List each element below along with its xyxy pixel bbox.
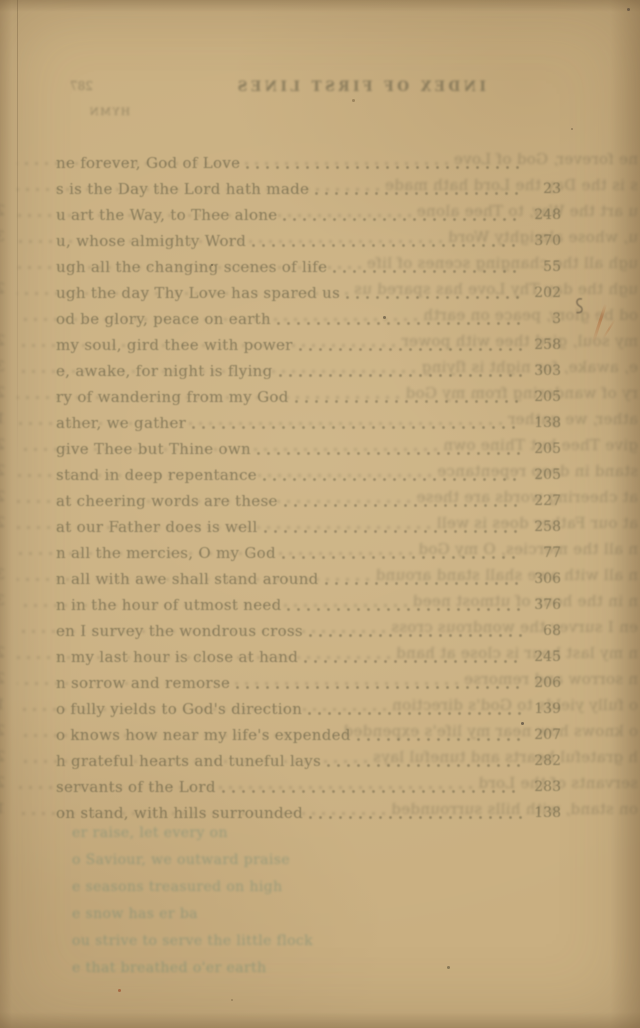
index-row: at our Father does is well258 xyxy=(0,510,638,536)
hymn-number: 303 xyxy=(0,354,12,380)
entry-text: n my last hour is close at hand xyxy=(396,640,638,666)
dot-leader xyxy=(17,614,386,640)
dot-leader xyxy=(17,692,387,718)
hymn-number: 138 xyxy=(0,406,12,432)
entry-text: my soul, gird thee with power xyxy=(401,328,638,354)
hymn-number: 3 xyxy=(0,302,12,328)
entry-text: ugh the day Thy Love has spared us xyxy=(354,276,638,302)
entry-text: ugh all the changing scenes of life xyxy=(367,250,638,276)
ghost-line: ou strive to serve the little flock xyxy=(72,928,552,955)
hymn-number: 68 xyxy=(0,614,12,640)
hymn-number xyxy=(0,146,12,172)
index-row: n all with awe shall stand around306 xyxy=(0,562,638,588)
paper-speck xyxy=(118,989,121,992)
index-row: h grateful hearts and tuneful lays282 xyxy=(0,744,638,770)
dot-leader xyxy=(17,510,431,536)
paper-speck xyxy=(521,722,524,725)
hymn-number: 227 xyxy=(0,484,12,510)
index-row: s is the Day the Lord hath made23 xyxy=(0,172,638,198)
paper-speck xyxy=(211,264,213,266)
entry-text: o knows how near my life's expended xyxy=(343,718,638,744)
hymn-number: 248 xyxy=(0,198,12,224)
dot-leader xyxy=(17,250,362,276)
dot-leader xyxy=(17,770,473,796)
paper-speck xyxy=(571,128,573,130)
index-row: u art the Way, to Thee alone248 xyxy=(0,198,638,224)
index-row: ugh the day Thy Love has spared us202 xyxy=(0,276,638,302)
dot-leader xyxy=(17,198,412,224)
ink-squiggle-mark xyxy=(572,296,586,316)
ghost-line: o Saviour, we outward praise xyxy=(72,847,552,874)
index-row: n all the mercies, O my God77 xyxy=(0,536,638,562)
entry-text: u, whose almighty Word xyxy=(448,224,638,250)
index-row: n my last hour is close at hand245 xyxy=(0,640,638,666)
hymn-number: 139 xyxy=(0,692,12,718)
index-row: give Thee but Thine own205 xyxy=(0,432,638,458)
entry-text: o fully yields to God's direction xyxy=(392,692,638,718)
dot-leader xyxy=(17,354,416,380)
index-row: en I survey the wondrous cross68 xyxy=(0,614,638,640)
paper-speck xyxy=(231,999,233,1001)
entry-text: n in the hour of utmost need xyxy=(413,588,638,614)
entry-text: n all the mercies, O my God xyxy=(418,536,638,562)
hymn-number: 370 xyxy=(0,224,12,250)
entry-text: ather, we gather xyxy=(508,406,638,432)
entry-text: at our Father does is well xyxy=(436,510,638,536)
dot-leader xyxy=(17,666,459,692)
dot-leader xyxy=(17,380,400,406)
index-row: o knows how near my life's expended207 xyxy=(0,718,638,744)
index-row: stand in deep repentance205 xyxy=(0,458,638,484)
dot-leader xyxy=(17,484,411,510)
ghost-line: e snow has er ba xyxy=(72,901,552,928)
dot-leader xyxy=(17,744,368,770)
ghost-line: e that breathed o'er earth xyxy=(72,955,552,982)
entry-text: s is the Day the Lord hath made xyxy=(385,172,638,198)
dot-leader xyxy=(17,432,438,458)
index-row: n sorrow and remorse206 xyxy=(0,666,638,692)
entry-text: stand in deep repentance xyxy=(437,458,638,484)
entry-text: n all with awe shall stand around xyxy=(375,562,638,588)
entry-text: at cheering words are these xyxy=(416,484,638,510)
entry-text: u art the Way, to Thee alone xyxy=(417,198,638,224)
ghost-text-block: er raise, let every ono Saviour, we outw… xyxy=(72,820,552,982)
hymn-number: 202 xyxy=(0,276,12,302)
index-row: my soul, gird thee with power258 xyxy=(0,328,638,354)
index-row: o fully yields to God's direction139 xyxy=(0,692,638,718)
hymn-number: 205 xyxy=(0,458,12,484)
paper-speck xyxy=(447,966,450,969)
hymn-number: 205 xyxy=(0,432,12,458)
hymn-number: 55 xyxy=(0,250,12,276)
dot-leader xyxy=(17,588,408,614)
index-row: u, whose almighty Word370 xyxy=(0,224,638,250)
hymn-number: 376 xyxy=(0,588,12,614)
index-row: n in the hour of utmost need376 xyxy=(0,588,638,614)
dot-leader xyxy=(17,536,413,562)
index-row: ry of wandering from my God205 xyxy=(0,380,638,406)
dot-leader xyxy=(17,406,503,432)
dot-leader xyxy=(17,224,443,250)
index-row: on stand, with hills surrounded138 xyxy=(0,796,638,822)
hymn-number: 258 xyxy=(0,510,12,536)
entry-text: en I survey the wondrous cross xyxy=(391,614,638,640)
hymn-number: 283 xyxy=(0,770,12,796)
hymn-number: 206 xyxy=(0,666,12,692)
index-row: e, awake, for night is flying303 xyxy=(0,354,638,380)
dot-leader xyxy=(17,458,432,484)
hymn-number: 138 xyxy=(0,796,12,822)
dot-leader xyxy=(17,146,449,172)
scanned-book-page: 287 INDEX OF FIRST LINES HYMN ne forever… xyxy=(0,0,640,1028)
entry-text: on stand, with hills surrounded xyxy=(391,796,638,822)
hymn-number: 205 xyxy=(0,380,12,406)
dot-leader xyxy=(17,276,349,302)
entry-text: servants of the Lord xyxy=(478,770,638,796)
index-row: ugh all the changing scenes of life55 xyxy=(0,250,638,276)
hymn-number: 23 xyxy=(0,172,12,198)
dot-leader xyxy=(17,172,380,198)
index-list-mirrored: ne forever, God of Loves is the Day the … xyxy=(0,146,638,822)
index-row: at cheering words are these227 xyxy=(0,484,638,510)
dot-leader xyxy=(17,718,338,744)
page-title: INDEX OF FIRST LINES xyxy=(40,79,640,95)
entry-text: ry of wandering from my God xyxy=(405,380,638,406)
hymn-column-label: HYMN xyxy=(88,106,130,118)
hymn-number: 245 xyxy=(0,640,12,666)
ghost-line: er raise, let every on xyxy=(72,820,552,847)
hymn-number: 207 xyxy=(0,718,12,744)
dot-leader xyxy=(17,640,391,666)
dot-leader xyxy=(17,562,370,588)
ghost-line: e seasons treasured on high xyxy=(72,874,552,901)
index-row: ather, we gather138 xyxy=(0,406,638,432)
paper-speck xyxy=(352,99,355,102)
dot-leader xyxy=(17,328,396,354)
entry-text: n sorrow and remorse xyxy=(464,666,638,692)
entry-text: h grateful hearts and tuneful lays xyxy=(373,744,638,770)
dot-leader xyxy=(17,302,418,328)
paper-speck xyxy=(627,8,630,11)
index-row: ne forever, God of Love xyxy=(0,146,638,172)
entry-text: ne forever, God of Love xyxy=(454,146,638,172)
index-row: od be glory, peace on earth3 xyxy=(0,302,638,328)
hymn-number: 282 xyxy=(0,744,12,770)
hymn-number: 77 xyxy=(0,536,12,562)
hymn-number: 306 xyxy=(0,562,12,588)
hymn-number: 258 xyxy=(0,328,12,354)
dot-leader xyxy=(17,796,386,822)
entry-text: e, awake, for night is flying xyxy=(421,354,638,380)
index-row: servants of the Lord283 xyxy=(0,770,638,796)
entry-text: give Thee but Thine own xyxy=(443,432,638,458)
paper-speck xyxy=(383,316,386,319)
